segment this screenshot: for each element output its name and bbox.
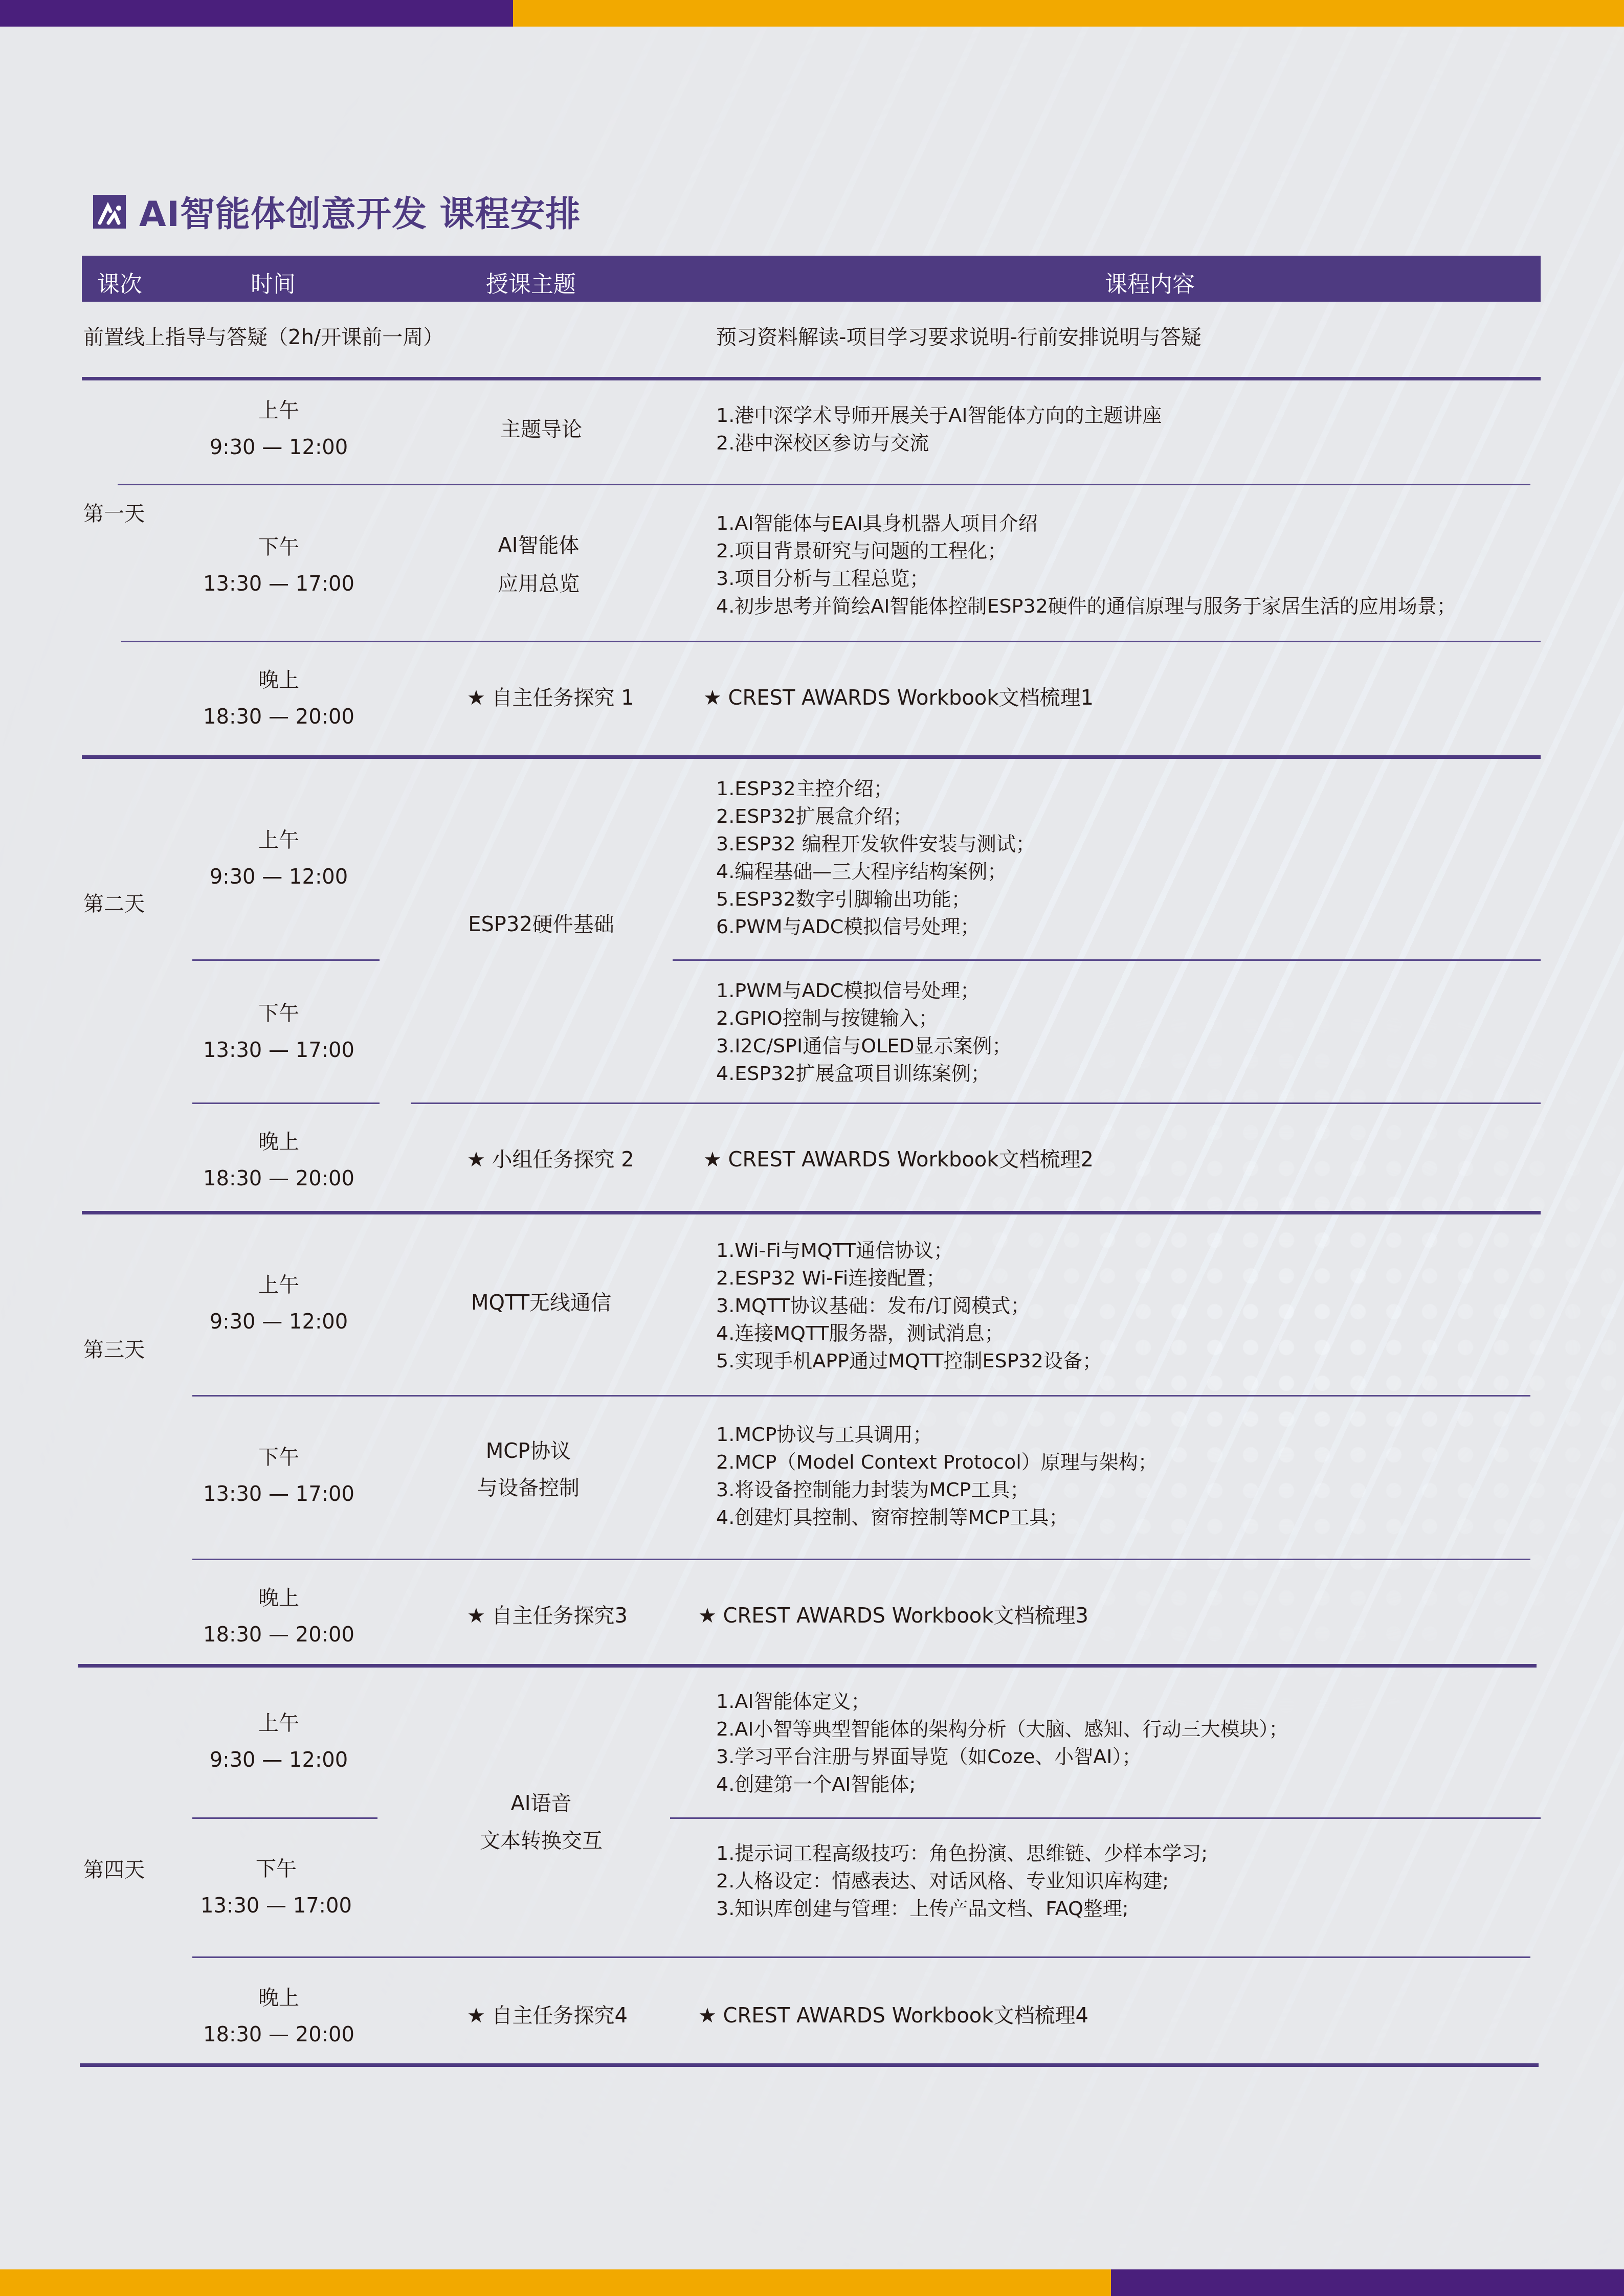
- content-item: 4.创建第一个AI智能体;: [716, 1770, 1288, 1798]
- content-item: 2.港中深校区参访与交流: [716, 429, 1162, 457]
- content-item: 2.人格设定：情感表达、对话风格、专业知识库构建;: [716, 1867, 1208, 1895]
- content-item: 3.将设备控制能力封装为MCP工具；: [716, 1476, 1158, 1503]
- day1-rule-1: [118, 484, 1530, 485]
- content-list: 1.ESP32主控介绍； 2.ESP32扩展盒介绍； 3.ESP32 编程开发软…: [716, 775, 1035, 940]
- period-label: 晚上: [258, 1127, 299, 1157]
- day1-rule-2: [121, 641, 1541, 642]
- time-range: 9:30 — 12:00: [210, 432, 348, 463]
- day4-label: 第四天: [83, 1855, 145, 1885]
- period-label: 下午: [258, 1442, 299, 1473]
- time-range: 9:30 — 12:00: [210, 862, 348, 892]
- content-item: 1.MCP协议与工具调用；: [716, 1421, 1158, 1448]
- day4-rule-2: [192, 1956, 1530, 1958]
- topic-line-2: 应用总览: [498, 569, 580, 599]
- content-item: 6.PWM与ADC模拟信号处理；: [716, 913, 1035, 940]
- time-range: 13:30 — 17:00: [201, 1890, 352, 1921]
- content-item: 1.Wi-Fi与MQTT通信协议；: [716, 1236, 1102, 1264]
- content-starred: ★ CREST AWARDS Workbook文档梳理1: [703, 683, 1094, 713]
- content-list: 1.提示词工程高级技巧：角色扮演、思维链、少样本学习; 2.人格设定：情感表达、…: [716, 1839, 1208, 1922]
- content-item: 3.I2C/SPI通信与OLED显示案例；: [716, 1032, 1012, 1060]
- topic: MQTT无线通信: [471, 1288, 611, 1318]
- day2-label: 第二天: [83, 889, 145, 919]
- content-starred: ★ CREST AWARDS Workbook文档梳理2: [703, 1144, 1094, 1175]
- time-range: 18:30 — 20:00: [203, 2019, 354, 2050]
- day3-rule-1: [192, 1395, 1530, 1397]
- pre-course-label: 前置线上指导与答疑（2h/开课前一周）: [83, 322, 443, 353]
- content-starred: ★ CREST AWARDS Workbook文档梳理4: [698, 2000, 1088, 2031]
- content-item: 3.项目分析与工程总览；: [716, 565, 1456, 592]
- content-item: 2.ESP32 Wi-Fi连接配置；: [716, 1264, 1102, 1292]
- top-bar-purple: [0, 0, 513, 27]
- content-item: 4.连接MQTT服务器，测试消息；: [716, 1319, 1102, 1347]
- content-item: 2.项目背景研究与问题的工程化；: [716, 537, 1456, 565]
- header-time: 时间: [251, 266, 296, 299]
- period-label: 上午: [258, 1708, 299, 1739]
- content-item: 3.MQTT协议基础：发布/订阅模式；: [716, 1292, 1102, 1319]
- content-item: 3.学习平台注册与界面导览（如Coze、小智AI）；: [716, 1743, 1288, 1770]
- topic-starred: ★ 小组任务探究 2: [467, 1144, 634, 1175]
- day2-rule-1-left: [192, 959, 380, 961]
- content-item: 2.GPIO控制与按键输入；: [716, 1004, 1012, 1032]
- content-item: 4.创建灯具控制、窗帘控制等MCP工具；: [716, 1503, 1158, 1531]
- day2-rule-2-left: [192, 1102, 380, 1104]
- day2-top-rule: [82, 755, 1541, 759]
- page-title-block: AI智能体创意开发 课程安排: [93, 187, 581, 236]
- topic-starred: ★ 自主任务探究 1: [467, 683, 634, 713]
- content-starred: ★ CREST AWARDS Workbook文档梳理3: [698, 1601, 1088, 1631]
- time-range: 18:30 — 20:00: [203, 702, 354, 732]
- period-label: 下午: [256, 1854, 297, 1884]
- period-label: 下午: [258, 532, 299, 562]
- content-item: 2.ESP32扩展盒介绍；: [716, 802, 1035, 830]
- time-range: 18:30 — 20:00: [203, 1619, 354, 1650]
- topic-starred: ★ 自主任务探究3: [467, 1601, 628, 1631]
- time-range: 9:30 — 12:00: [210, 1307, 348, 1337]
- table-bottom-rule: [80, 2063, 1539, 2067]
- page-title: AI智能体创意开发 课程安排: [139, 187, 581, 236]
- content-item: 3.ESP32 编程开发软件安装与测试；: [716, 830, 1035, 858]
- period-label: 上午: [258, 825, 299, 856]
- content-item: 5.实现手机APP通过MQTT控制ESP32设备；: [716, 1347, 1102, 1375]
- period-label: 上午: [258, 1270, 299, 1300]
- content-item: 1.提示词工程高级技巧：角色扮演、思维链、少样本学习;: [716, 1839, 1208, 1867]
- content-item: 3.知识库创建与管理：上传产品文档、FAQ整理;: [716, 1895, 1208, 1922]
- top-bar-orange: [513, 0, 1624, 27]
- topic-line-2: 与设备控制: [477, 1473, 580, 1503]
- period-label: 晚上: [258, 1583, 299, 1613]
- content-item: 1.ESP32主控介绍；: [716, 775, 1035, 802]
- bottom-bar-orange: [0, 2269, 1111, 2296]
- header-topic: 授课主题: [486, 266, 576, 299]
- period-label: 晚上: [258, 1983, 299, 2013]
- content-list: 1.港中深学术导师开展关于AI智能体方向的主题讲座 2.港中深校区参访与交流: [716, 401, 1162, 457]
- content-item: 1.AI智能体与EAI具身机器人项目介绍: [716, 509, 1456, 537]
- day4-shared-topic-line-1: AI语音: [510, 1788, 571, 1819]
- time-range: 13:30 — 17:00: [203, 1035, 354, 1066]
- content-item: 4.ESP32扩展盒项目训练案例；: [716, 1060, 1012, 1087]
- day4-rule-1-left: [192, 1817, 377, 1819]
- content-item: 2.MCP（Model Context Protocol）原理与架构；: [716, 1448, 1158, 1476]
- time-range: 18:30 — 20:00: [203, 1163, 354, 1194]
- day4-rule-1-right: [670, 1817, 1541, 1819]
- day2-shared-topic: ESP32硬件基础: [468, 909, 614, 940]
- day4-top-rule: [78, 1664, 1537, 1668]
- period-label: 晚上: [258, 665, 299, 695]
- period-label: 下午: [258, 998, 299, 1029]
- content-list: 1.Wi-Fi与MQTT通信协议； 2.ESP32 Wi-Fi连接配置； 3.M…: [716, 1236, 1102, 1375]
- header-content: 课程内容: [1105, 266, 1195, 299]
- content-list: 1.PWM与ADC模拟信号处理； 2.GPIO控制与按键输入； 3.I2C/SP…: [716, 977, 1012, 1087]
- content-item: 5.ESP32数字引脚输出功能；: [716, 885, 1035, 913]
- content-list: 1.MCP协议与工具调用； 2.MCP（Model Context Protoc…: [716, 1421, 1158, 1531]
- bottom-bar-purple: [1111, 2269, 1624, 2296]
- day3-top-rule: [82, 1211, 1541, 1214]
- topic-starred: ★ 自主任务探究4: [467, 2000, 628, 2031]
- content-item: 1.港中深学术导师开展关于AI智能体方向的主题讲座: [716, 401, 1162, 429]
- topic: 主题导论: [500, 414, 582, 445]
- table-header: 课次 时间 授课主题 课程内容: [82, 256, 1541, 302]
- period-label: 上午: [258, 395, 299, 426]
- pre-course-content: 预习资料解读-项目学习要求说明-行前安排说明与答疑: [716, 322, 1202, 353]
- content-list: 1.AI智能体与EAI具身机器人项目介绍 2.项目背景研究与问题的工程化； 3.…: [716, 509, 1456, 620]
- day1-label: 第一天: [83, 499, 145, 529]
- day2-rule-1-right: [673, 959, 1541, 961]
- day1-top-rule: [82, 377, 1541, 380]
- day3-label: 第三天: [83, 1335, 145, 1365]
- content-item: 2.AI小智等典型智能体的架构分析（大脑、感知、行动三大模块）；: [716, 1715, 1288, 1743]
- content-list: 1.AI智能体定义； 2.AI小智等典型智能体的架构分析（大脑、感知、行动三大模…: [716, 1687, 1288, 1798]
- content-item: 4.编程基础—三大程序结构案例；: [716, 858, 1035, 885]
- time-range: 9:30 — 12:00: [210, 1745, 348, 1775]
- content-item: 1.AI智能体定义；: [716, 1687, 1288, 1715]
- ai-agent-logo-icon: [93, 195, 126, 229]
- topic-line-1: AI智能体: [498, 530, 579, 561]
- time-range: 13:30 — 17:00: [203, 569, 354, 599]
- day3-rule-2: [192, 1559, 1530, 1560]
- content-item: 1.PWM与ADC模拟信号处理；: [716, 977, 1012, 1004]
- topic-line-1: MCP协议: [486, 1436, 571, 1467]
- time-range: 13:30 — 17:00: [203, 1479, 354, 1510]
- content-item: 4.初步思考并简绘AI智能体控制ESP32硬件的通信原理与服务于家居生活的应用场…: [716, 592, 1456, 620]
- day2-rule-2-right: [411, 1102, 1541, 1104]
- day4-shared-topic-line-2: 文本转换交互: [480, 1826, 603, 1856]
- header-session: 课次: [97, 266, 142, 299]
